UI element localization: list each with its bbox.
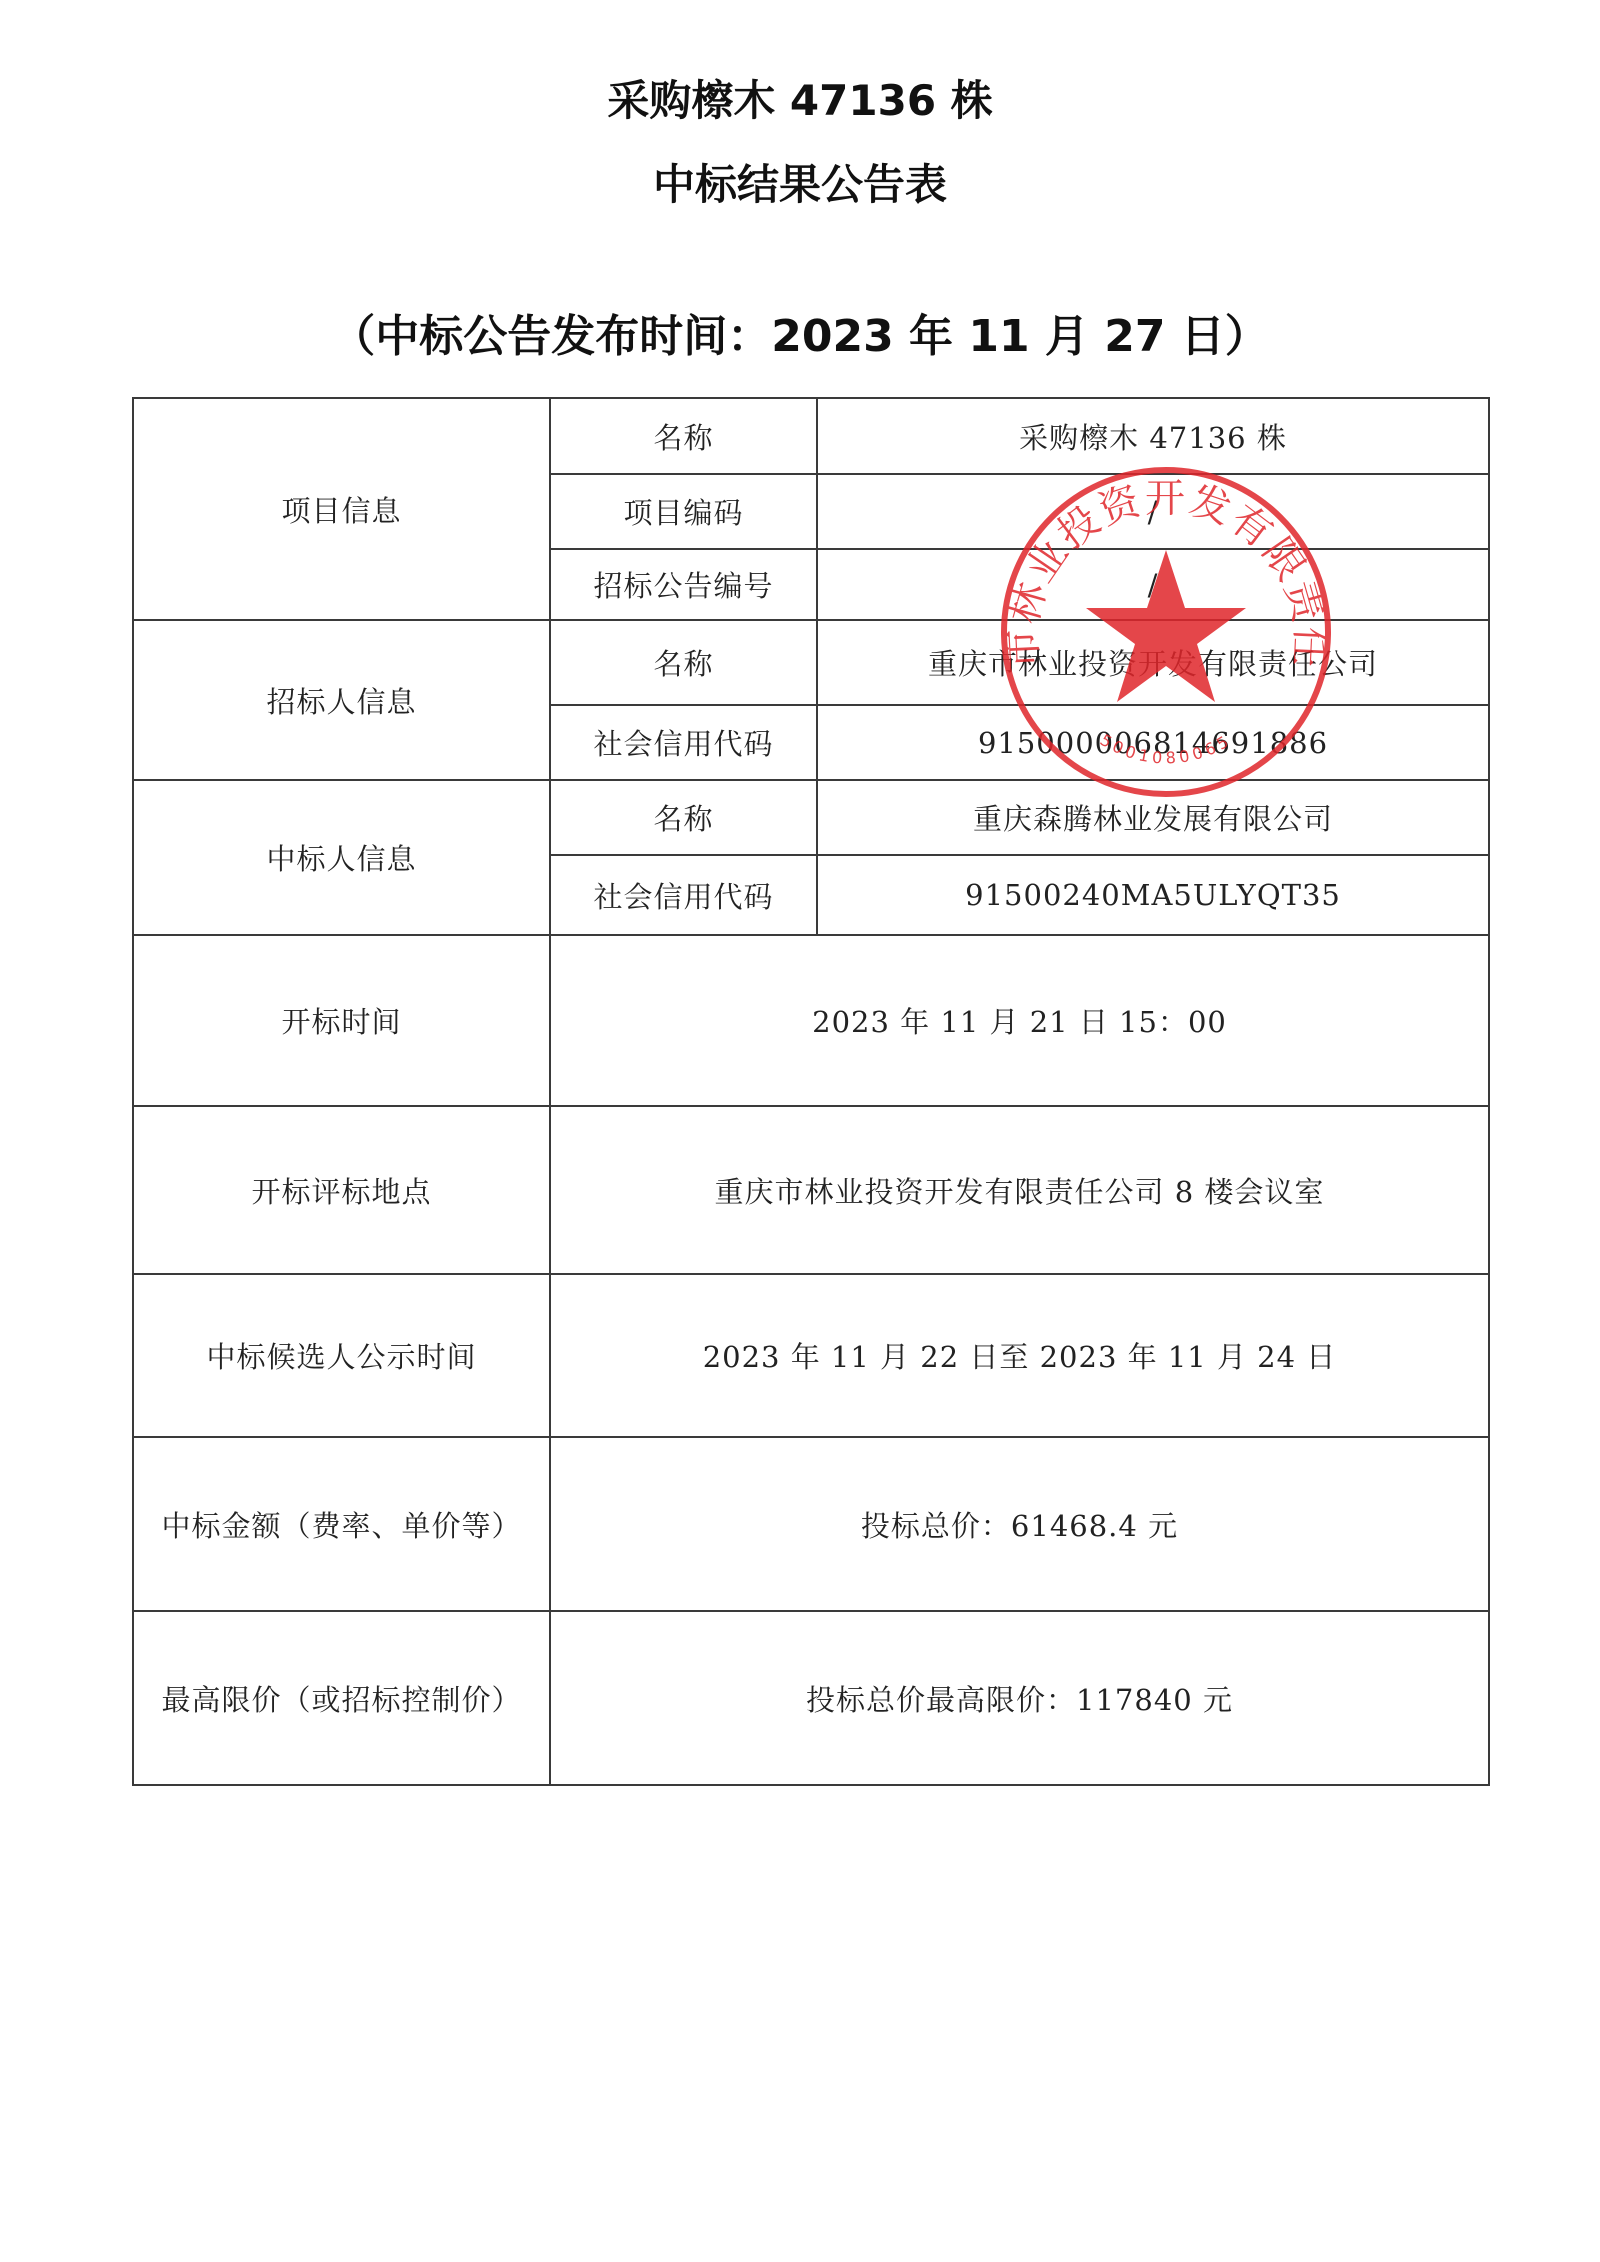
opening-place-label: 开标评标地点 <box>133 1106 550 1274</box>
opening-time-value: 2023 年 11 月 21 日 15：00 <box>550 935 1489 1106</box>
bid-result-table: 项目信息 名称 采购檫木 47136 株 项目编码 / 招标公告编号 / 招标人… <box>132 397 1490 1786</box>
table-row: 招标人信息 名称 重庆市林业投资开发有限责任公司 <box>133 620 1489 705</box>
tenderer-name-label: 名称 <box>550 620 817 705</box>
opening-place-value: 重庆市林业投资开发有限责任公司 8 楼会议室 <box>550 1106 1489 1274</box>
winner-name-label: 名称 <box>550 780 817 855</box>
project-name-label: 名称 <box>550 398 817 474</box>
winner-info-label: 中标人信息 <box>133 780 550 935</box>
table-row: 中标人信息 名称 重庆森腾林业发展有限公司 <box>133 780 1489 855</box>
project-code-value: / <box>817 474 1489 549</box>
tenderer-name-value: 重庆市林业投资开发有限责任公司 <box>817 620 1489 705</box>
winner-name-value: 重庆森腾林业发展有限公司 <box>817 780 1489 855</box>
table-row: 最高限价（或招标控制价） 投标总价最高限价：117840 元 <box>133 1611 1489 1785</box>
publicity-period-label: 中标候选人公示时间 <box>133 1274 550 1437</box>
notice-number-value: / <box>817 549 1489 620</box>
table-row: 项目信息 名称 采购檫木 47136 株 <box>133 398 1489 474</box>
max-price-value: 投标总价最高限价：117840 元 <box>550 1611 1489 1785</box>
tenderer-info-label: 招标人信息 <box>133 620 550 780</box>
max-price-label: 最高限价（或招标控制价） <box>133 1611 550 1785</box>
table-row: 中标金额（费率、单价等） 投标总价：61468.4 元 <box>133 1437 1489 1611</box>
project-code-label: 项目编码 <box>550 474 817 549</box>
tenderer-credit-label: 社会信用代码 <box>550 705 817 780</box>
project-name-value: 采购檫木 47136 株 <box>817 398 1489 474</box>
winner-credit-label: 社会信用代码 <box>550 855 817 935</box>
notice-number-label: 招标公告编号 <box>550 549 817 620</box>
document-title: 采购檫木 47136 株 <box>0 68 1600 128</box>
table-row: 开标时间 2023 年 11 月 21 日 15：00 <box>133 935 1489 1106</box>
winning-amount-label: 中标金额（费率、单价等） <box>133 1437 550 1611</box>
opening-time-label: 开标时间 <box>133 935 550 1106</box>
publish-date-line: （中标公告发布时间：2023 年 11 月 27 日） <box>0 300 1600 364</box>
tenderer-credit-value: 915000006814691886 <box>817 705 1489 780</box>
document-subtitle: 中标结果公告表 <box>0 152 1600 212</box>
winning-amount-value: 投标总价：61468.4 元 <box>550 1437 1489 1611</box>
project-info-label: 项目信息 <box>133 398 550 620</box>
winner-credit-value: 91500240MA5ULYQT35 <box>817 855 1489 935</box>
table-row: 中标候选人公示时间 2023 年 11 月 22 日至 2023 年 11 月 … <box>133 1274 1489 1437</box>
publicity-period-value: 2023 年 11 月 22 日至 2023 年 11 月 24 日 <box>550 1274 1489 1437</box>
table-row: 开标评标地点 重庆市林业投资开发有限责任公司 8 楼会议室 <box>133 1106 1489 1274</box>
